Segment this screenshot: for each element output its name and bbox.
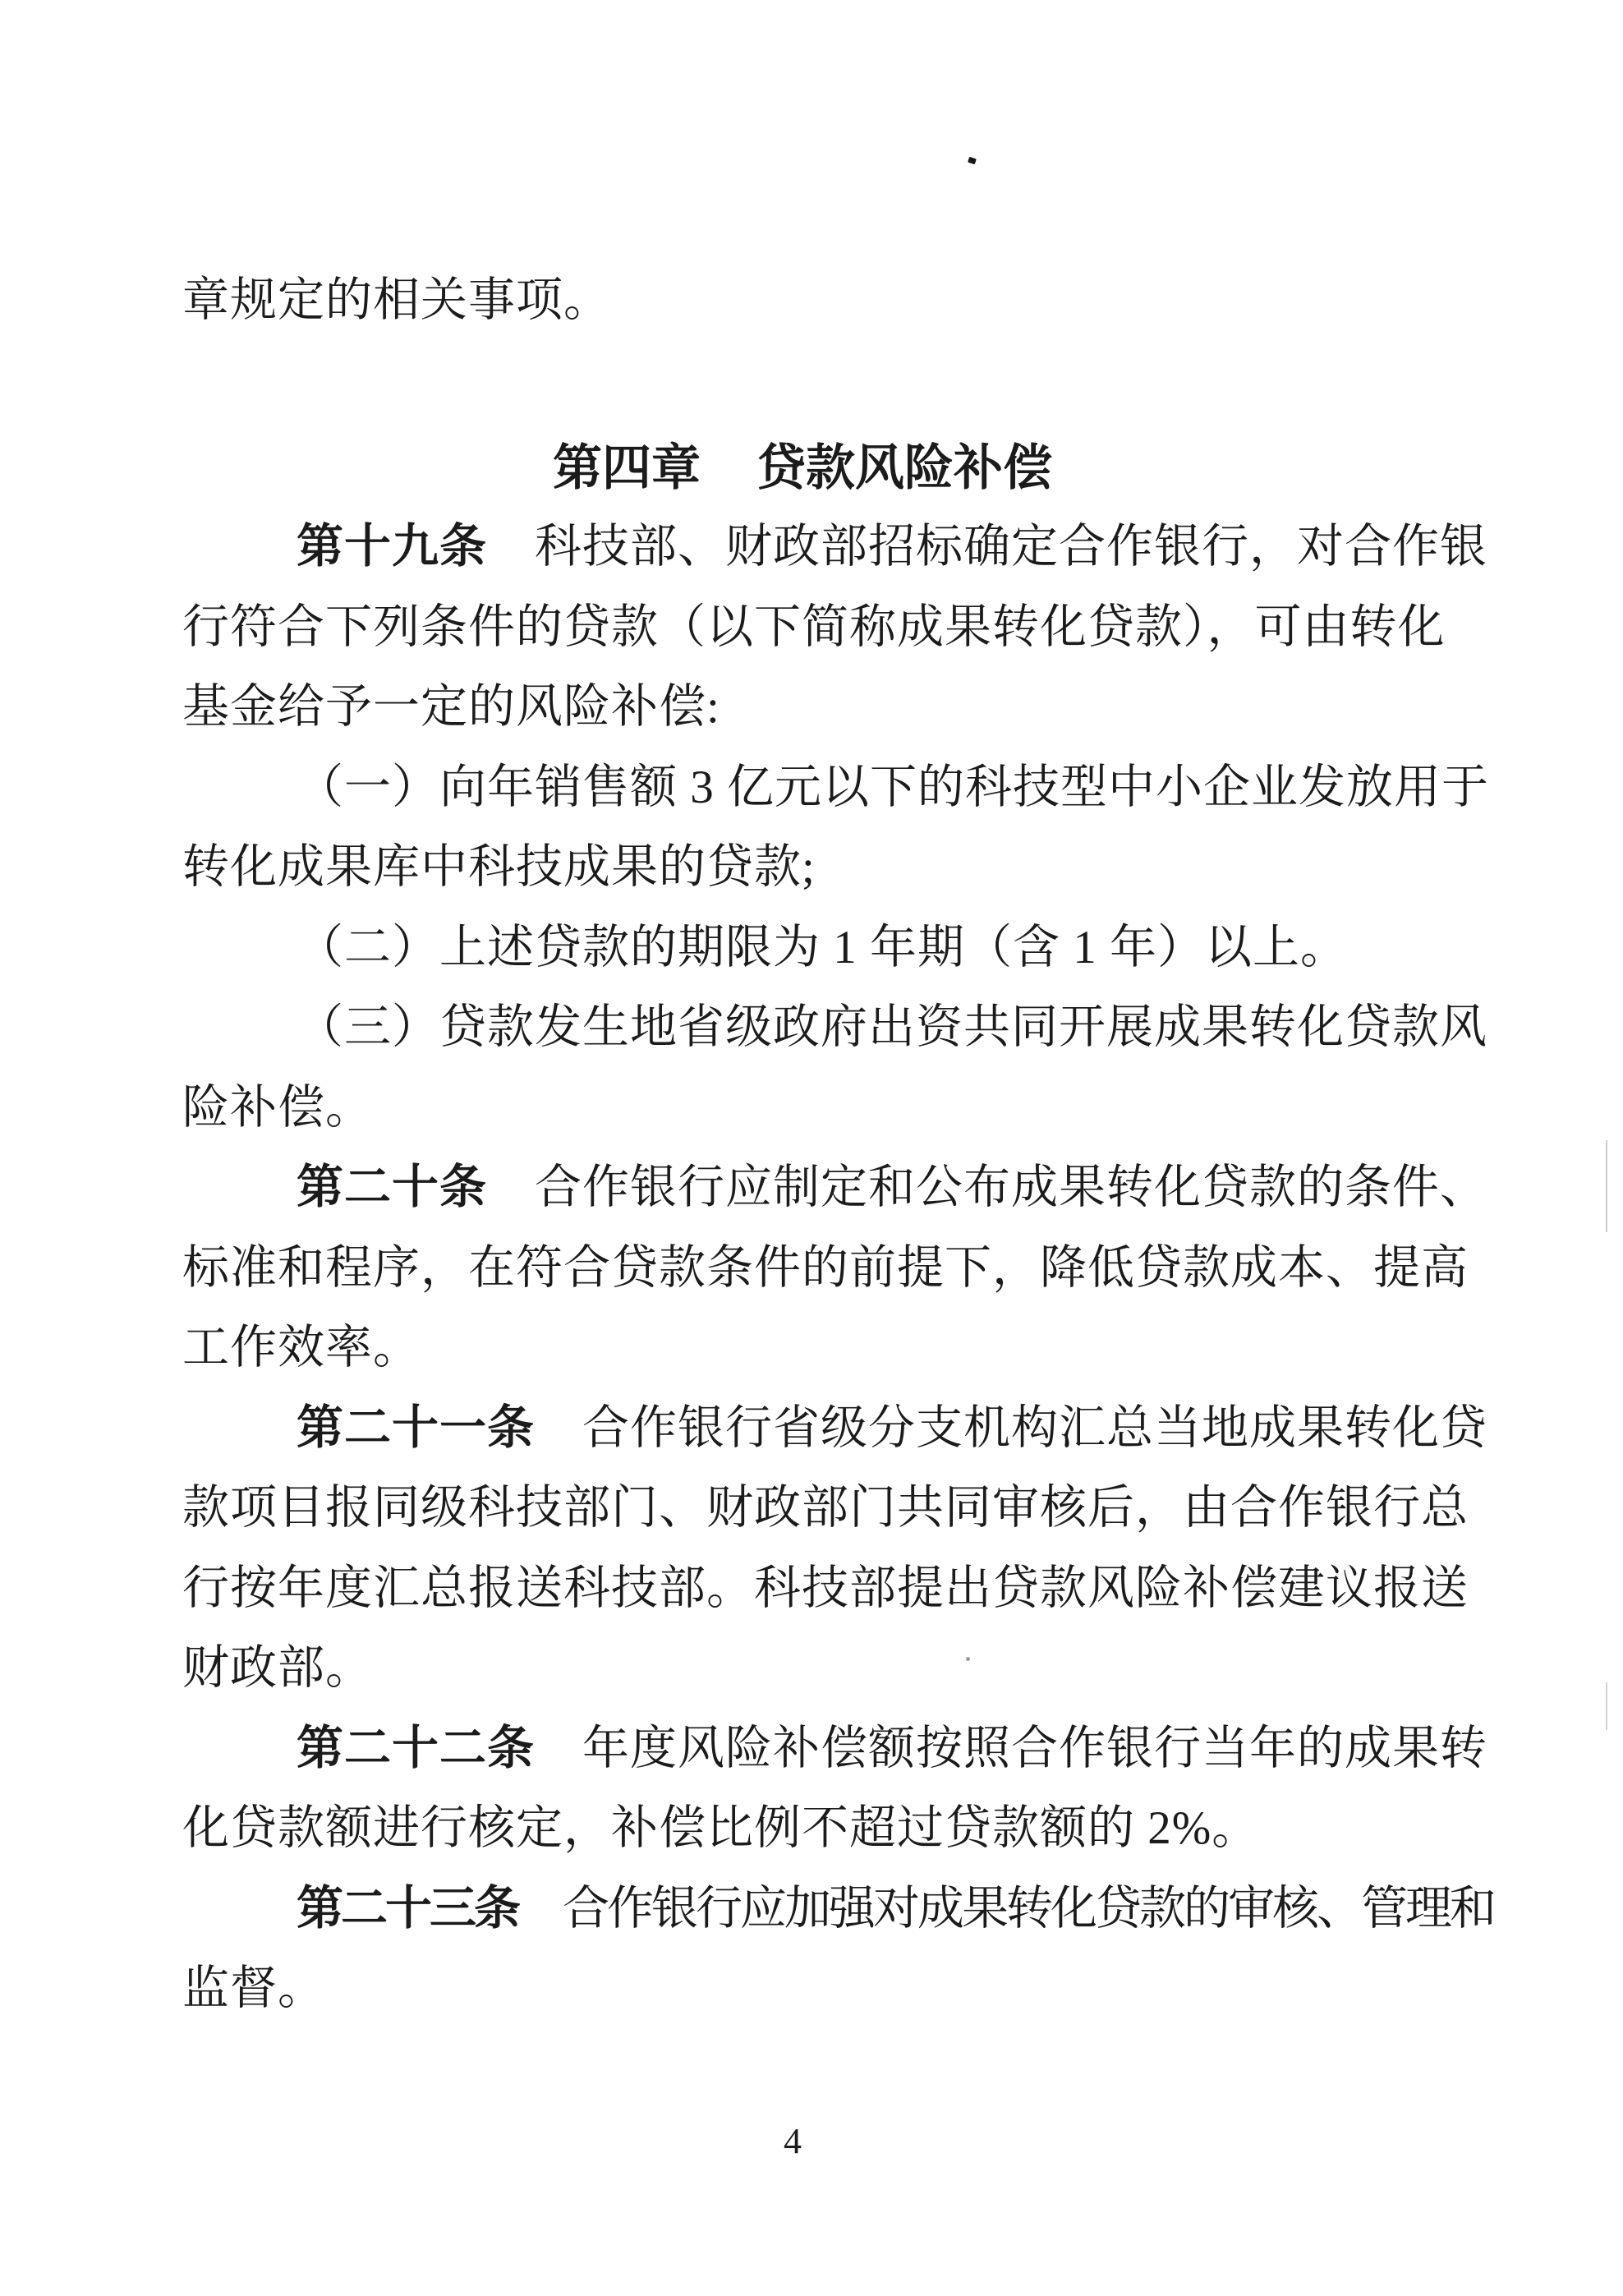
chapter-title: 贷款风险补偿 [756,441,1052,495]
article-number: 第二十二条 [297,1723,535,1774]
line-text: 标准和程序，在符合贷款条件的前提下，降低贷款成本、提高 [182,1242,1469,1294]
scan-edge-mark [1606,1682,1607,1730]
body-line: （三）贷款发生地省级政府出资共同开展成果转化贷款风 [297,1004,1487,1051]
line-text: （一）向年销售额 3 亿元以下的科技型中小企业发放用于 [297,761,1489,813]
body-line: （二）上述贷款的期限为 1 年期（含 1 年）以上。 [297,924,1348,971]
line-text: 工作效率。 [182,1322,421,1373]
article-number: 第二十三条 [297,1883,518,1935]
body-line: 章规定的相关事项。 [182,277,611,324]
article-number: 第二十条 [297,1162,487,1213]
scan-dot-icon [966,1657,970,1661]
body-line: 险补偿。 [182,1084,373,1131]
body-line: 第二十一条 合作银行省级分支机构汇总当地成果转化贷 [297,1405,1487,1452]
body-line: 化贷款额进行核定，补偿比例不超过贷款额的 2%。 [182,1805,1259,1852]
line-text: 款项目报同级科技部门、财政部门共同审核后，由合作银行总 [182,1482,1469,1534]
line-text: 年度风险补偿额按照合作银行当年的成果转 [535,1723,1487,1774]
line-text: 化贷款额进行核定，补偿比例不超过贷款额的 2%。 [182,1802,1259,1854]
line-text: 行符合下列条件的贷款（以下简称成果转化贷款），可由转化 [182,601,1446,653]
line-text: （三）贷款发生地省级政府出资共同开展成果转化贷款风 [297,1001,1487,1053]
line-text: 险补偿。 [182,1082,373,1134]
body-line: 行按年度汇总报送科技部。科技部提出贷款风险补偿建议报送 [182,1565,1469,1612]
body-line: 基金给予一定的风险补偿: [182,683,720,730]
body-line: 标准和程序，在符合贷款条件的前提下，降低贷款成本、提高 [182,1245,1469,1291]
body-line: 转化成果库中科技成果的贷款; [182,844,816,890]
scan-edge-mark [1606,1140,1607,1232]
body-line: （一）向年销售额 3 亿元以下的科技型中小企业发放用于 [297,764,1489,811]
line-text: 监督。 [182,1962,325,2014]
line-text: （二）上述贷款的期限为 1 年期（含 1 年）以上。 [297,922,1348,973]
line-text: 行按年度汇总报送科技部。科技部提出贷款风险补偿建议报送 [182,1562,1469,1614]
body-line: 款项目报同级科技部门、财政部门共同审核后，由合作银行总 [182,1484,1469,1531]
text-column: 章规定的相关事项。 第四章贷款风险补偿 第十九条 科技部、财政部招标确定合作银行… [182,0,1439,2296]
line-text: 章规定的相关事项。 [182,274,611,326]
article-number: 第二十一条 [297,1402,535,1454]
body-line: 第二十条 合作银行应制定和公布成果转化贷款的条件、 [297,1164,1487,1211]
body-line: 第二十二条 年度风险补偿额按照合作银行当年的成果转 [297,1725,1487,1772]
body-line: 行符合下列条件的贷款（以下简称成果转化贷款），可由转化 [182,604,1446,651]
body-line: 工作效率。 [182,1324,421,1371]
line-text: 财政部。 [182,1642,373,1694]
line-text: 基金给予一定的风险补偿: [182,681,720,733]
line-text: 转化成果库中科技成果的贷款; [182,841,816,893]
line-text: 合作银行应制定和公布成果转化贷款的条件、 [487,1162,1487,1213]
body-line: 第二十三条 合作银行应加强对成果转化贷款的审核、管理和 [297,1885,1494,1932]
chapter-heading: 第四章贷款风险补偿 [182,444,1423,493]
body-line: 第十九条 科技部、财政部招标确定合作银行，对合作银 [297,523,1487,570]
line-text: 合作银行应加强对成果转化贷款的审核、管理和 [518,1883,1494,1935]
chapter-number: 第四章 [553,441,701,495]
page-number: 4 [0,2123,1585,2160]
line-text: 合作银行省级分支机构汇总当地成果转化贷 [535,1402,1487,1454]
body-line: 监督。 [182,1965,325,2012]
body-line: 财政部。 [182,1645,373,1691]
document-page: 章规定的相关事项。 第四章贷款风险补偿 第十九条 科技部、财政部招标确定合作银行… [0,0,1623,2296]
article-number: 第十九条 [297,521,487,573]
line-text: 科技部、财政部招标确定合作银行，对合作银 [487,521,1487,573]
